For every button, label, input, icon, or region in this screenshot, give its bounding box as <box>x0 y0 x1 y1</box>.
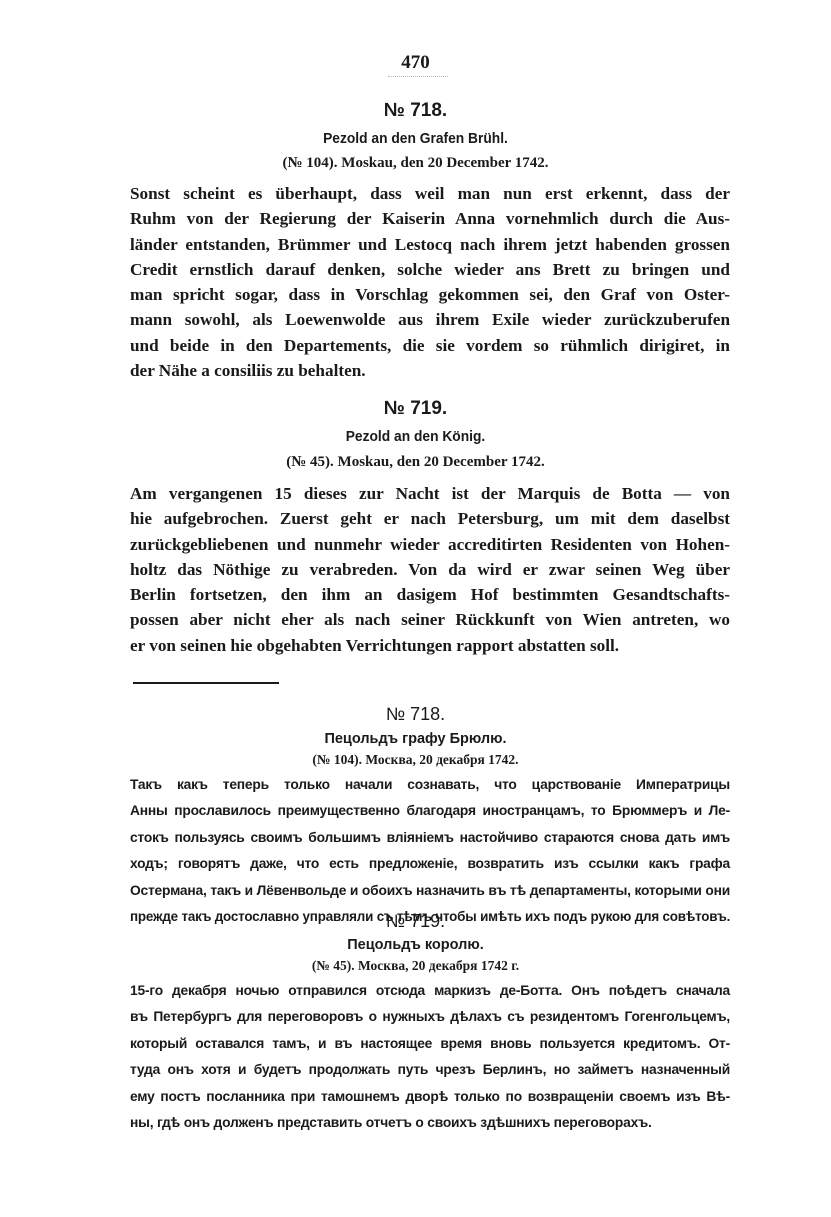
body-line: der Nähe a consiliis zu behalten. <box>130 358 730 383</box>
doc-718-number: № 718. <box>0 100 831 122</box>
body-line: Sonst scheint es überhaupt, dass weil ma… <box>130 181 730 206</box>
doc-719-ru-title: Пецольдъ королю. <box>0 937 831 953</box>
doc-719-number: № 719. <box>0 398 831 420</box>
body-line: туда онъ хотя и будетъ продолжать путь ч… <box>130 1057 730 1083</box>
body-line: man spricht sogar, dass in Vorschlag gek… <box>130 282 730 307</box>
doc-718-ru-title: Пецольдъ графу Брюлю. <box>0 731 831 747</box>
doc-718-ru-body: Такъ какъ теперь только начали сознавать… <box>130 772 730 930</box>
section-separator <box>133 682 279 684</box>
body-line: Остермана, такъ и Лёвенвольде и обоихъ н… <box>130 878 730 904</box>
body-line: ходъ; говорятъ даже, что есть предложені… <box>130 851 730 877</box>
body-line: er von seinen hie obgehabten Verrichtung… <box>130 633 730 658</box>
body-line: Berlin fortsetzen, den ihm an dasigem Ho… <box>130 582 730 607</box>
body-line: который оставался тамъ, и въ настоящее в… <box>130 1031 730 1057</box>
doc-719-ru-number: № 719. <box>0 911 831 932</box>
body-line: Такъ какъ теперь только начали сознавать… <box>130 772 730 798</box>
doc-718-title: Pezold an den Grafen Brühl. <box>33 130 798 147</box>
body-line: въ Петербургъ для переговоровъ о нужныхъ… <box>130 1004 730 1030</box>
body-line: стокъ пользуясь своимъ большимъ вліяніем… <box>130 825 730 851</box>
doc-718-ru-dateline: (№ 104). Москва, 20 декабря 1742. <box>0 752 831 768</box>
body-line: länder entstanden, Brümmer und Lestocq n… <box>130 232 730 257</box>
doc-718-body: Sonst scheint es überhaupt, dass weil ma… <box>130 181 730 383</box>
doc-718-ru-number: № 718. <box>0 704 831 725</box>
body-line: hie aufgebrochen. Zuerst geht er nach Pe… <box>130 506 730 531</box>
doc-719-ru-dateline: (№ 45). Москва, 20 декабря 1742 г. <box>0 958 831 974</box>
body-line: ему постъ посланника при тамошнемъ дворѣ… <box>130 1084 730 1110</box>
body-line: Ruhm von der Regierung der Kaiserin Anna… <box>130 206 730 231</box>
body-line: possen aber nicht eher als nach seiner R… <box>130 607 730 632</box>
body-line: ны, гдѣ онъ долженъ представить отчетъ о… <box>130 1110 730 1136</box>
body-line: und beide in den Departements, die sie v… <box>130 333 730 358</box>
body-line: Credit ernstlich darauf denken, solche w… <box>130 257 730 282</box>
body-line: holtz das Nöthige zu verabreden. Von da … <box>130 557 730 582</box>
body-line: zurückgebliebenen und nunmehr wieder acc… <box>130 532 730 557</box>
page-number-rule <box>388 76 448 78</box>
page-number: 470 <box>0 52 831 74</box>
body-line: mann sowohl, als Loewenwolde aus ihrem E… <box>130 307 730 332</box>
document-page: 470 № 718. Pezold an den Grafen Brühl. (… <box>0 0 831 1217</box>
body-line: Анны прославилось преимущественно благод… <box>130 798 730 824</box>
doc-719-body: Am vergangenen 15 dieses zur Nacht ist d… <box>130 481 730 658</box>
doc-718-dateline: (№ 104). Moskau, den 20 December 1742. <box>0 155 831 172</box>
doc-719-title: Pezold an den König. <box>33 428 798 445</box>
body-line: Am vergangenen 15 dieses zur Nacht ist d… <box>130 481 730 506</box>
doc-719-dateline: (№ 45). Moskau, den 20 December 1742. <box>0 454 831 471</box>
body-line: 15-го декабря ночью отправился отсюда ма… <box>130 978 730 1004</box>
doc-719-ru-body: 15-го декабря ночью отправился отсюда ма… <box>130 978 730 1136</box>
